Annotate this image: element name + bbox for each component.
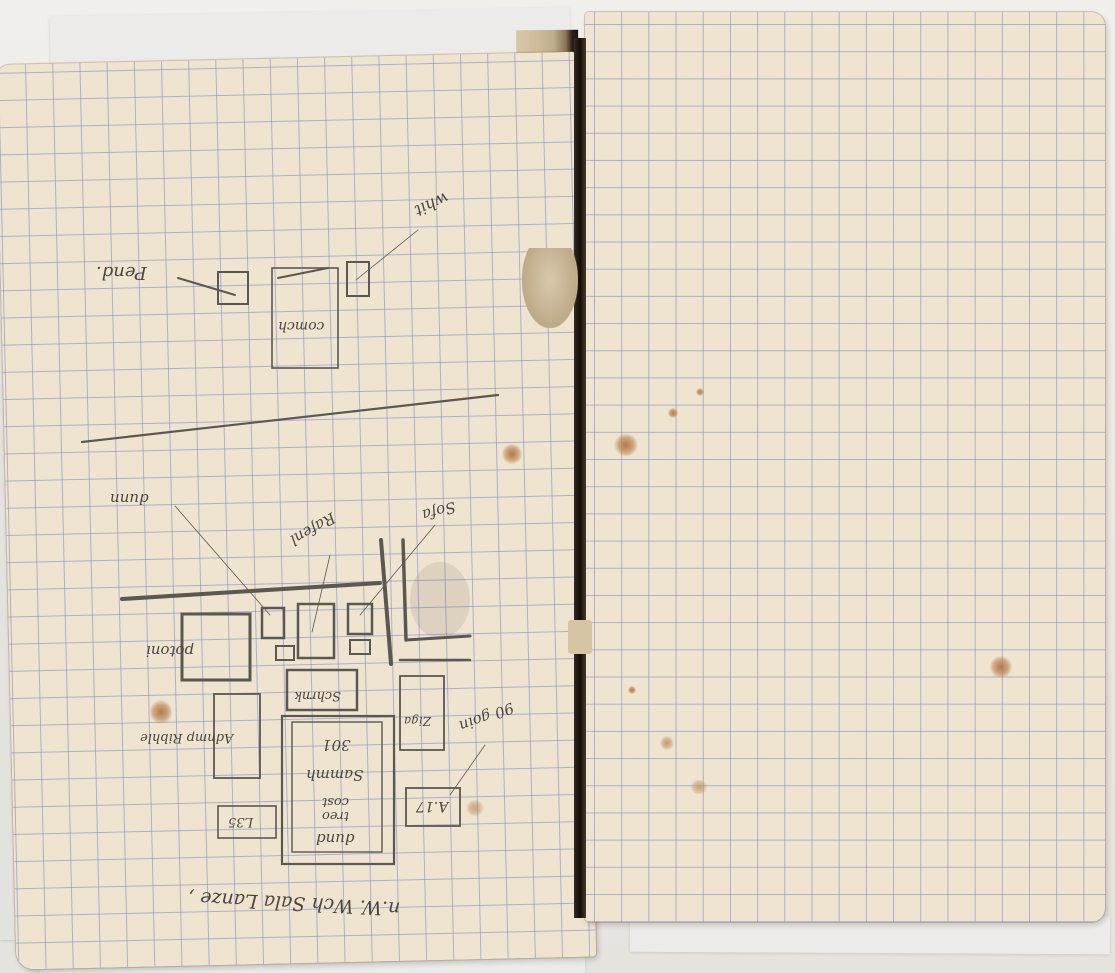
foxing-stain: [690, 780, 708, 794]
label-l35: L35: [228, 814, 253, 829]
label-table-dund: dund: [316, 830, 355, 848]
foxing-stain: [614, 434, 638, 456]
binding-tape-fragment: [568, 620, 592, 654]
foxing-stain: [502, 444, 522, 464]
foxing-stain: [150, 700, 172, 724]
label-comch: comch: [278, 318, 324, 334]
label-dunn: dunn: [110, 490, 149, 508]
label-table-301: 301: [322, 736, 351, 754]
label-pend: Pend.: [96, 262, 147, 283]
binding-gutter: [574, 38, 586, 918]
foxing-stain: [990, 656, 1012, 678]
foxing-stain: [696, 388, 704, 396]
label-a17: A.17: [416, 798, 448, 814]
label-adnmp-ribhle: Adnmp Ribhle: [140, 730, 233, 745]
label-schrnk: Schrnk: [294, 688, 341, 703]
label-potoni: potoni: [146, 642, 194, 660]
foxing-stain: [628, 686, 636, 694]
label-table-cost: cost: [322, 794, 349, 809]
foxing-stain: [660, 736, 674, 750]
foxing-stain: [466, 800, 484, 816]
torn-binding-tape: [522, 248, 578, 328]
right-page: [585, 12, 1105, 922]
label-ziga: Ziga: [404, 714, 431, 728]
left-page: [0, 52, 596, 970]
label-table-treo: treo: [322, 808, 349, 823]
foxing-stain: [668, 408, 678, 418]
label-table-sammh: Sammh: [306, 766, 363, 784]
